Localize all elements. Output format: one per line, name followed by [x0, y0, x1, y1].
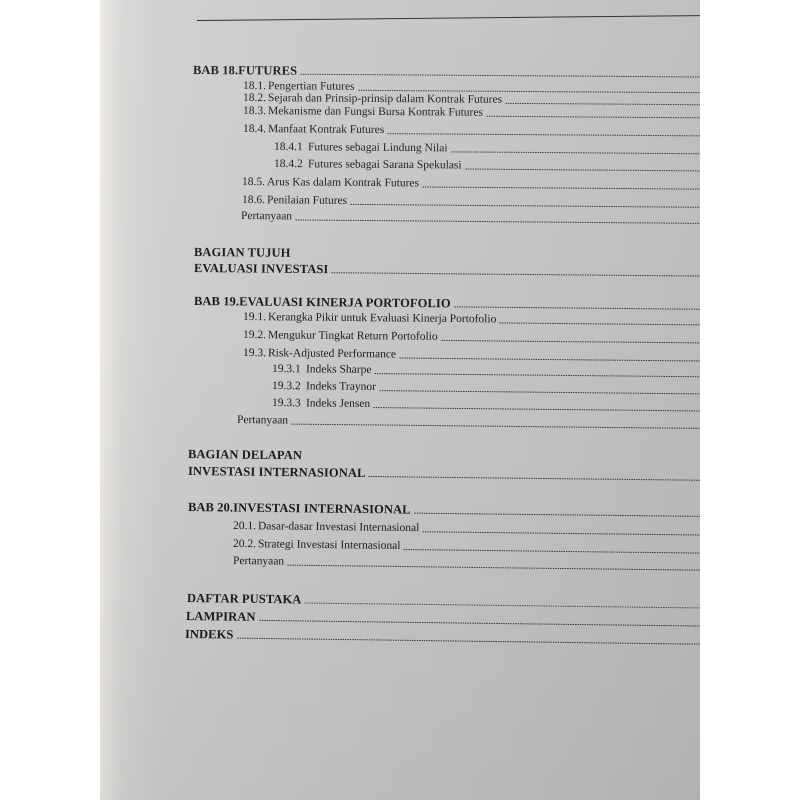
toc-entry-label: LAMPIRAN [186, 609, 256, 624]
toc-entry-bagian8-head: BAGIAN DELAPAN [188, 447, 700, 467]
toc-entry-label: 20.1.Dasar-dasar Investasi Internasional [233, 519, 419, 535]
toc-entry-number: 18.5. [242, 175, 267, 189]
dot-leader [295, 219, 700, 223]
toc-entry-19-1: 19.1.Kerangka Pikir untuk Evaluasi Kiner… [243, 310, 700, 328]
toc-entry-label: INVESTASI INTERNASIONAL [188, 464, 366, 480]
toc-entry-title: Mengukur Tingkat Return Portofolio [268, 329, 438, 343]
toc-entry-label: 19.3.Risk-Adjusted Performance [243, 346, 396, 362]
toc-entry-title: Pertanyaan [241, 210, 292, 222]
toc-entry-number: 19.3.3 [272, 396, 306, 410]
dot-leader [236, 638, 699, 645]
dot-leader [374, 373, 700, 377]
toc-entry-number: BAB 19. [194, 294, 239, 308]
toc-entry-title: INDEKS [185, 627, 234, 642]
dot-leader [304, 602, 699, 608]
toc-entry-18-q: Pertanyaan [241, 209, 700, 227]
toc-entry-number: 19.3.1 [272, 362, 306, 376]
toc-entry-title: EVALUASI KINERJA PORTOFOLIO [239, 294, 451, 310]
toc-entry-number: 20.2. [233, 537, 258, 551]
book-page-photo: BAB 18. FUTURES18.1.Pengertian Futures18… [100, 0, 700, 800]
toc-entry-number: BAB 20. [188, 500, 233, 515]
toc-entry-label: 18.5.Arus Kas dalam Kontrak Futures [242, 175, 419, 190]
toc-entry-label: EVALUASI INVESTASI [194, 261, 328, 276]
toc-entry-label: 18.3.Mekanisme dan Fungsi Bursa Kontrak … [243, 104, 483, 120]
dot-leader [441, 340, 700, 344]
toc-entry-number: 19.2. [243, 328, 268, 342]
toc-entry-bab20: BAB 20. INVESTASI INTERNASIONAL [188, 500, 700, 520]
toc-entry-title: Indeks Traynor [306, 380, 376, 393]
toc-entry-number: 20.1. [233, 519, 258, 533]
toc-entry-18-4-1: 18.4.1Futures sebagai Lindung Nilai [274, 140, 700, 157]
dot-leader [300, 74, 700, 78]
toc-entry-label: 18.4.1Futures sebagai Lindung Nilai [274, 140, 448, 155]
toc-entry-number: 19.1. [243, 310, 268, 324]
toc-entry-label: BAB 20. INVESTASI INTERNASIONAL [188, 500, 411, 517]
toc-entry-title: BAGIAN TUJUH [194, 245, 291, 260]
toc-entry-19-q: Pertanyaan [237, 413, 700, 432]
dot-leader [368, 476, 700, 481]
toc-entry-title: Arus Kas dalam Kontrak Futures [267, 176, 419, 189]
toc-entry-title: Indeks Jensen [306, 397, 370, 410]
toc-entry-18-4: 18.4.Manfaat Kontrak Futures [243, 122, 700, 139]
toc-entry-bagian7-head: BAGIAN TUJUH [194, 245, 700, 263]
toc-entry-title: Manfaat Kontrak Futures [268, 123, 384, 136]
toc-entry-title: Kerangka Pikir untuk Evaluasi Kinerja Po… [268, 311, 496, 325]
toc-entry-label: DAFTAR PUSTAKA [187, 591, 302, 606]
dot-leader [465, 168, 700, 171]
toc-entry-label: BAGIAN TUJUH [194, 245, 291, 260]
toc-entry-title: Indeks Sharpe [306, 363, 372, 376]
dot-leader [454, 306, 700, 309]
toc-entry-18-6: 18.6.Penilaian Futures [242, 193, 700, 211]
toc-entry-bab18: BAB 18. FUTURES [193, 63, 700, 80]
dot-leader [414, 513, 700, 517]
toc-entry-number: 18.6. [242, 193, 267, 207]
dot-leader [403, 549, 700, 554]
toc-entry-label: Pertanyaan [233, 554, 284, 569]
toc-entry-bagian8: INVESTASI INTERNASIONAL [188, 464, 700, 484]
toc-entry-label: 20.2.Strategi Investasi Internasional [233, 537, 401, 553]
toc-entry-title: Dasar-dasar Investasi Internasional [258, 520, 419, 534]
dot-leader [499, 322, 700, 325]
toc-entry-number: 18.4.1 [274, 140, 308, 154]
toc-entry-title: DAFTAR PUSTAKA [187, 591, 302, 606]
dot-leader [331, 272, 700, 276]
toc-entry-label: Pertanyaan [237, 413, 288, 428]
toc-entry-18-3: 18.3.Mekanisme dan Fungsi Bursa Kontrak … [243, 104, 700, 121]
toc-entry-title: Strategi Investasi Internasional [258, 538, 401, 552]
toc-entry-title: Risk-Adjusted Performance [268, 347, 396, 360]
toc-entry-number: 19.3.2 [272, 379, 306, 393]
toc-entry-title: Mekanisme dan Fungsi Bursa Kontrak Futur… [268, 105, 483, 119]
toc-entry-number: 18.4. [243, 122, 268, 136]
toc-entry-title: Pertanyaan [237, 414, 288, 427]
dot-leader [387, 133, 700, 136]
toc-entry-18-5: 18.5.Arus Kas dalam Kontrak Futures [242, 175, 700, 193]
toc-entry-label: 19.3.2Indeks Traynor [272, 379, 376, 394]
toc-entry-number: BAB 18. [193, 63, 238, 77]
toc-entry-label: 18.4.Manfaat Kontrak Futures [243, 122, 384, 137]
toc-entry-label: 18.6.Penilaian Futures [242, 193, 347, 208]
toc-entry-title: Futures sebagai Lindung Nilai [308, 141, 448, 154]
toc-entry-title: Futures sebagai Sarana Spekulasi [308, 158, 462, 171]
dot-leader [399, 358, 700, 362]
toc-entry-title: INVESTASI INTERNASIONAL [233, 501, 411, 517]
toc-entry-label: 18.4.2Futures sebagai Sarana Spekulasi [274, 157, 462, 172]
dot-leader [422, 186, 700, 189]
toc-entry-label: INDEKS [185, 627, 234, 642]
toc-entry-19-3-2: 19.3.2Indeks Traynor [272, 379, 700, 397]
toc-entry-label: 19.1.Kerangka Pikir untuk Evaluasi Kiner… [243, 310, 496, 326]
toc-entry-bagian7: EVALUASI INVESTASI [194, 261, 700, 280]
dot-leader [373, 407, 700, 411]
toc-entry-19-2: 19.2.Mengukur Tingkat Return Portofolio [243, 328, 700, 346]
toc-entry-20-2: 20.2.Strategi Investasi Internasional [233, 537, 700, 557]
toc-entry-19-3-1: 19.3.1Indeks Sharpe [272, 362, 700, 380]
toc-entry-label: 19.3.1Indeks Sharpe [272, 362, 372, 377]
toc-entry-19-3-3: 19.3.3Indeks Jensen [272, 396, 700, 414]
toc-entry-title: EVALUASI INVESTASI [194, 261, 328, 276]
toc-entry-label: Pertanyaan [241, 209, 292, 223]
toc-entry-18-4-2: 18.4.2Futures sebagai Sarana Spekulasi [274, 157, 700, 174]
toc-entry-number: 18.3. [243, 104, 268, 118]
dot-leader [505, 103, 700, 105]
dot-leader [486, 116, 700, 119]
toc-entry-lampiran: LAMPIRAN [186, 609, 700, 630]
toc-entry-20-1: 20.1.Dasar-dasar Investasi Internasional [233, 519, 700, 538]
dot-leader [258, 620, 699, 627]
toc-entry-title: INVESTASI INTERNASIONAL [188, 464, 366, 480]
toc-entry-number: 19.3. [243, 346, 268, 360]
dot-leader [291, 424, 700, 429]
toc-entry-title: Penilaian Futures [267, 194, 347, 207]
toc-entry-title: LAMPIRAN [186, 609, 256, 624]
toc-entry-indeks: INDEKS [185, 627, 700, 648]
dot-leader [451, 151, 700, 154]
toc-entry-title: BAGIAN DELAPAN [188, 447, 302, 462]
toc-entry-daftar-pustaka: DAFTAR PUSTAKA [187, 591, 700, 611]
toc-entry-20-q: Pertanyaan [233, 554, 700, 574]
toc-entry-label: BAB 18. FUTURES [193, 63, 297, 78]
toc-entry-title: Pertanyaan [233, 555, 284, 568]
dot-leader [287, 565, 700, 571]
toc-entry-number: 18.4.2 [274, 157, 308, 171]
toc-entry-label: 19.3.3Indeks Jensen [272, 396, 370, 411]
toc-entry-label: 19.2.Mengukur Tingkat Return Portofolio [243, 328, 438, 344]
toc-entry-label: BAB 19. EVALUASI KINERJA PORTOFOLIO [194, 294, 451, 310]
dot-leader [422, 531, 700, 535]
toc-entry-label: BAGIAN DELAPAN [188, 447, 302, 462]
header-rule [197, 15, 700, 21]
toc-entry-title: FUTURES [238, 63, 297, 77]
dot-leader [379, 390, 700, 394]
dot-leader [350, 204, 700, 208]
